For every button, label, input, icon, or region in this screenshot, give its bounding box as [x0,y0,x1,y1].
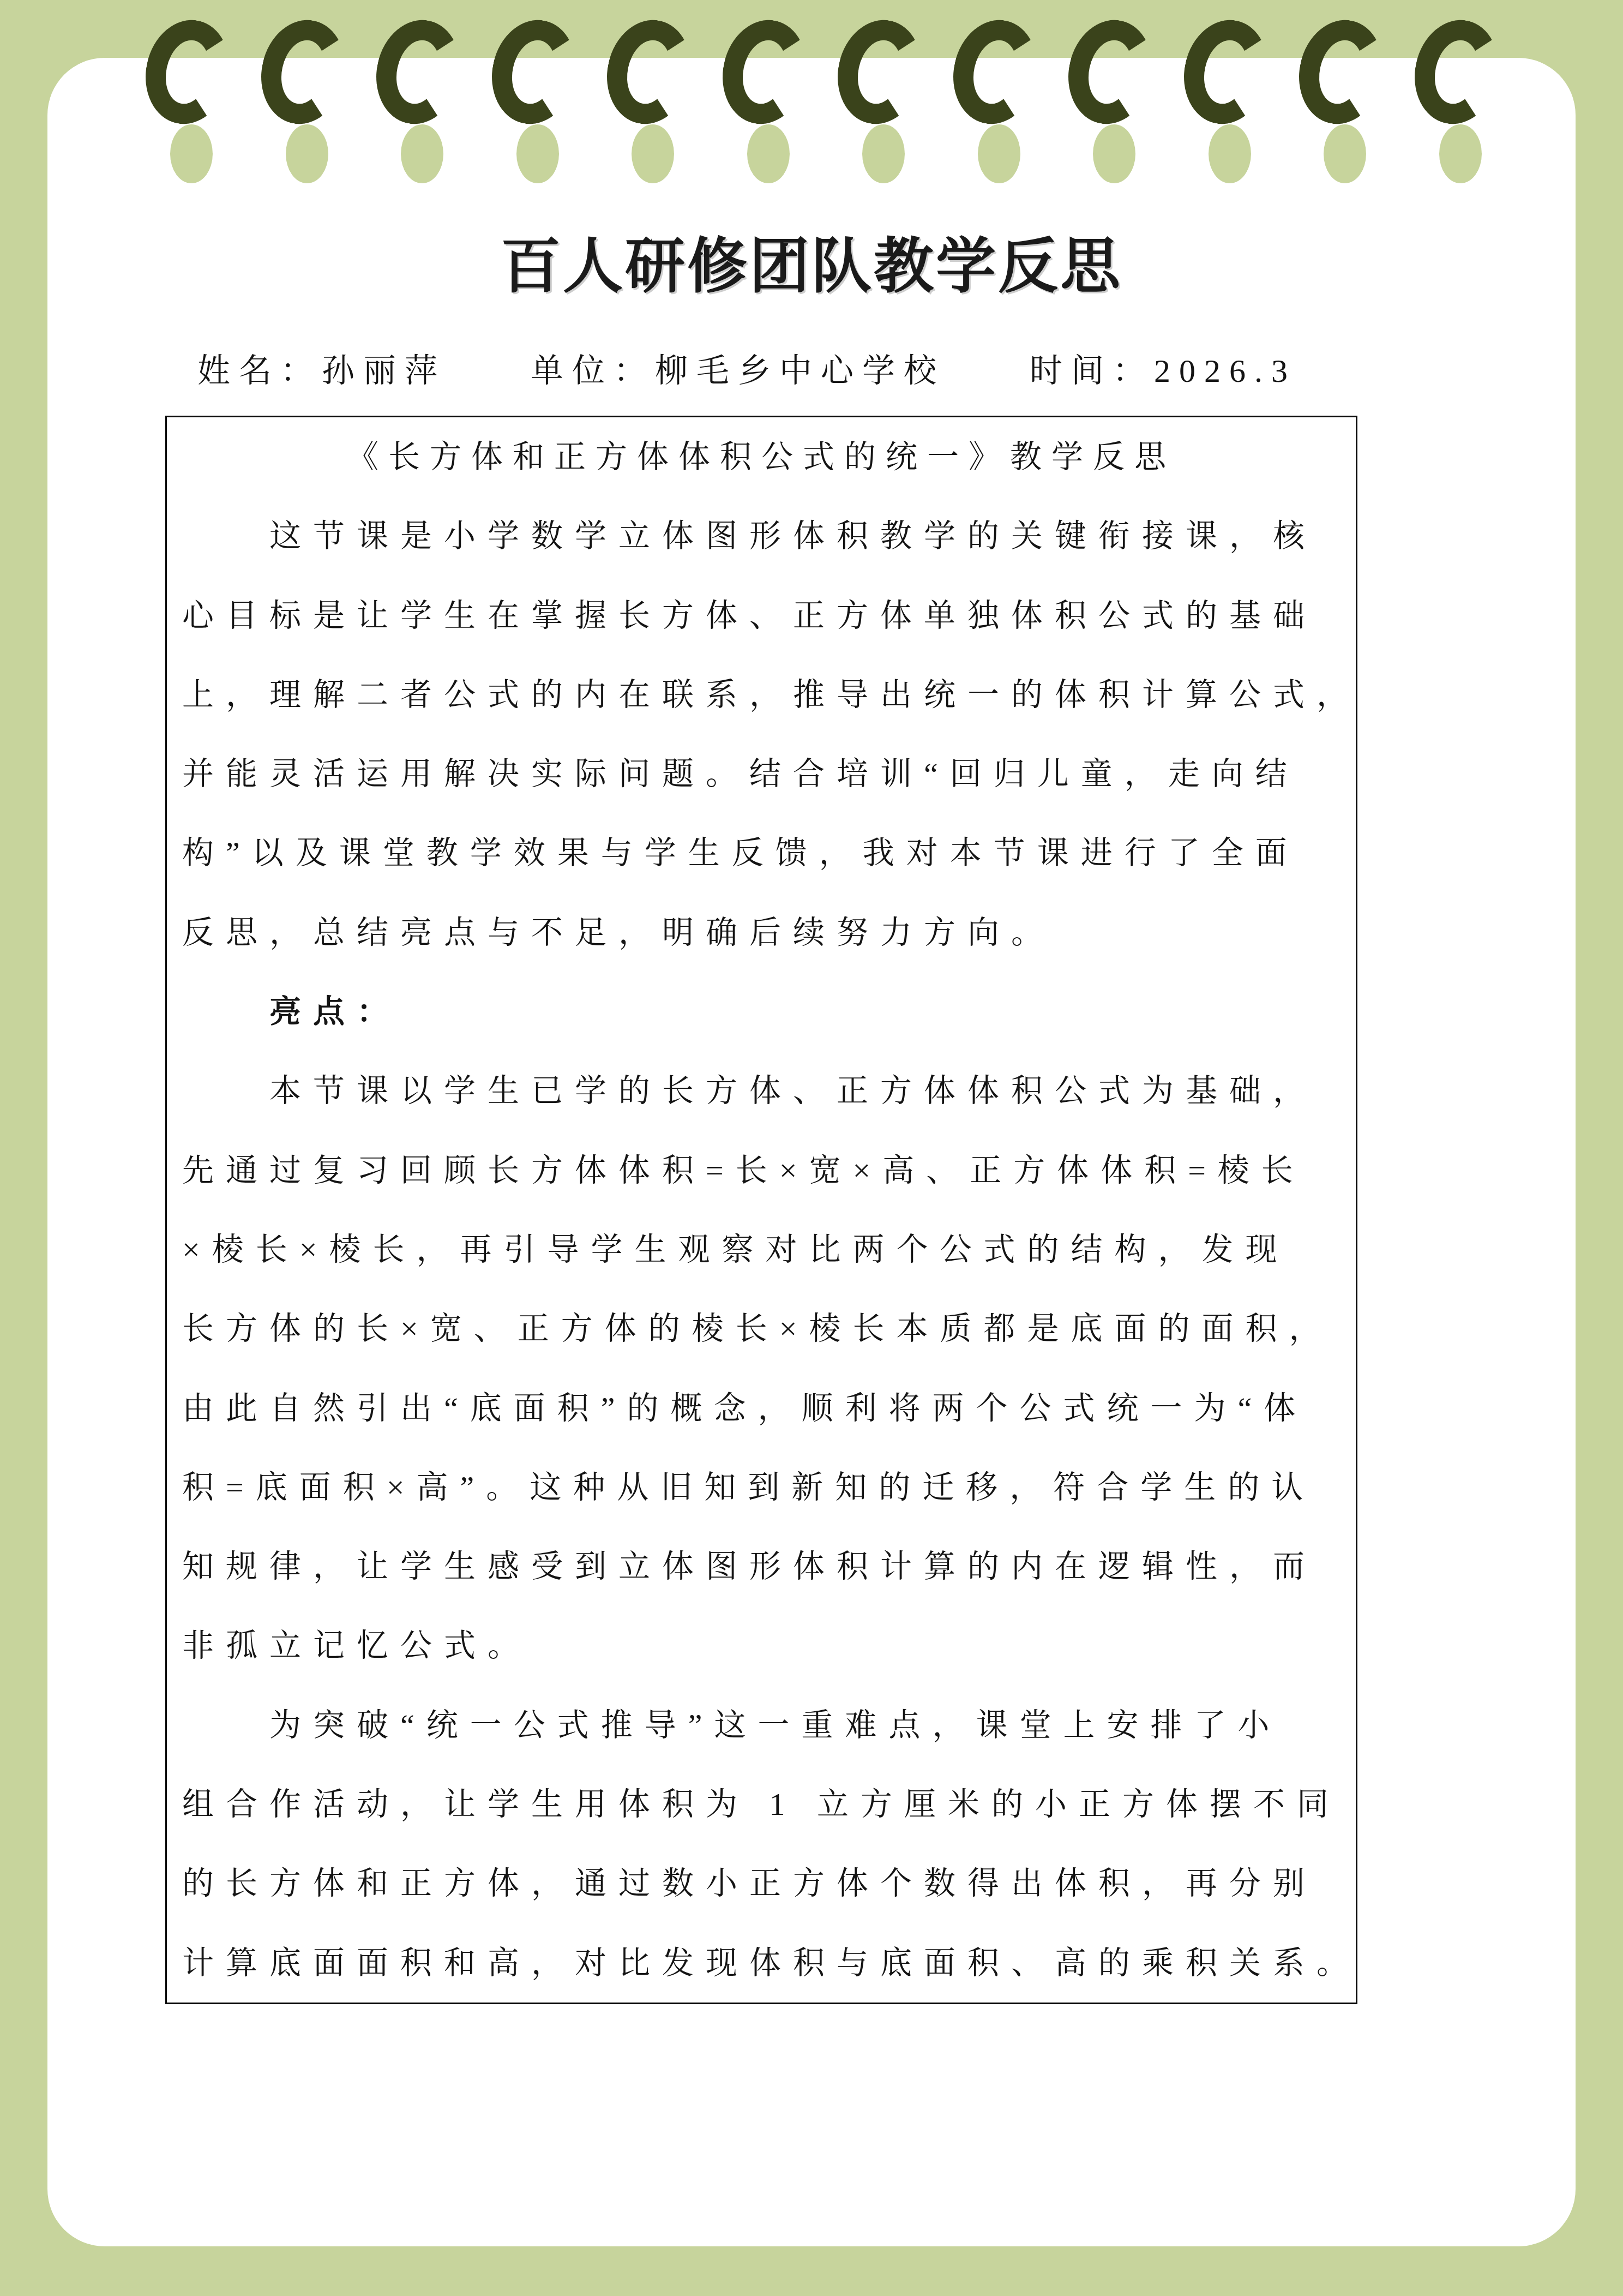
reflection-line: 非孤立记忆公式。 [182,1606,1341,1685]
punch-hole-icon [1093,124,1135,183]
binder-ring-icon [598,12,701,131]
binder-ring-icon [1405,12,1508,131]
binder-ring-icon [251,12,354,131]
binder-ring-icon [1290,12,1393,131]
punch-hole-icon [1209,124,1251,183]
punch-hole-icon [401,124,443,183]
reflection-line: 知规律，让学生感受到立体图形体积计算的内在逻辑性，而 [182,1527,1341,1606]
page-title: 百人研修团队教学反思 [0,218,1623,304]
reflection-line: 本节课以学生已学的长方体、正方体体积公式为基础， [182,1051,1341,1130]
punch-hole-icon [978,124,1020,183]
reflection-line: 反思，总结亮点与不足，明确后续努力方向。 [182,893,1341,972]
punch-hole-icon [516,124,559,183]
reflection-highlights-label: 亮点： [182,972,1341,1051]
reflection-line: 计算底面面积和高，对比发现体积与底面积、高的乘积关系。 [182,1923,1341,2003]
reflection-line: 心目标是让学生在掌握长方体、正方体单独体积公式的基础 [182,576,1341,655]
punch-hole-icon [632,124,674,183]
notebook-background: { "colors": { "background_green": "#c7d4… [0,0,1623,2296]
reflection-line: 由此自然引出“底面积”的概念，顺利将两个公式统一为“体 [182,1369,1341,1448]
reflection-line: 上，理解二者公式的内在联系，推导出统一的体积计算公式， [182,655,1341,734]
reflection-line: 构”以及课堂教学效果与学生反馈，我对本节课进行了全面 [182,813,1341,892]
binder-ring-icon [943,12,1047,131]
binder-ring-icon [1174,12,1277,131]
reflection-heading: 《长方体和正方体体积公式的统一》教学反思 [182,417,1341,496]
meta-time: 时间：2026.3 [1030,353,1296,389]
reflection-line: 为突破“统一公式推导”这一重难点，课堂上安排了小 [182,1686,1341,1765]
binder-ring-icon [482,12,585,131]
binder-ring-icon [367,12,470,131]
reflection-line: 组合作活动，让学生用体积为 1 立方厘米的小正方体摆不同 [182,1765,1341,1844]
punch-hole-icon [170,124,213,183]
punch-hole-icon [862,124,905,183]
reflection-line: ×棱长×棱长，再引导学生观察对比两个公式的结构，发现 [182,1210,1341,1289]
reflection-line: 长方体的长×宽、正方体的棱长×棱长本质都是底面的面积， [182,1289,1341,1368]
punch-hole-icon [1324,124,1366,183]
binder-ring-icon [136,12,239,131]
spiral-binding [0,0,1623,196]
punch-hole-icon [286,124,328,183]
reflection-line: 积=底面积×高”。这种从旧知到新知的迁移，符合学生的认 [182,1448,1341,1527]
reflection-line: 先通过复习回顾长方体体积=长×宽×高、正方体体积=棱长 [182,1131,1341,1210]
binder-ring-icon [713,12,816,131]
reflection-box: 《长方体和正方体体积公式的统一》教学反思 这节课是小学数学立体图形体积教学的关键… [165,416,1357,2004]
punch-hole-icon [1439,124,1482,183]
binder-ring-icon [1059,12,1162,131]
meta-unit: 单位：柳毛乡中心学校 [531,353,945,389]
punch-hole-icon [747,124,790,183]
reflection-line: 的长方体和正方体，通过数小正方体个数得出体积，再分别 [182,1844,1341,1923]
meta-line: 姓名：孙丽萍单位：柳毛乡中心学校时间：2026.3 [197,345,1296,392]
reflection-line: 这节课是小学数学立体图形体积教学的关键衔接课，核 [182,496,1341,576]
binder-ring-icon [828,12,931,131]
reflection-line: 并能灵活运用解决实际问题。结合培训“回归儿童，走向结 [182,734,1341,813]
meta-name: 姓名：孙丽萍 [197,353,446,389]
